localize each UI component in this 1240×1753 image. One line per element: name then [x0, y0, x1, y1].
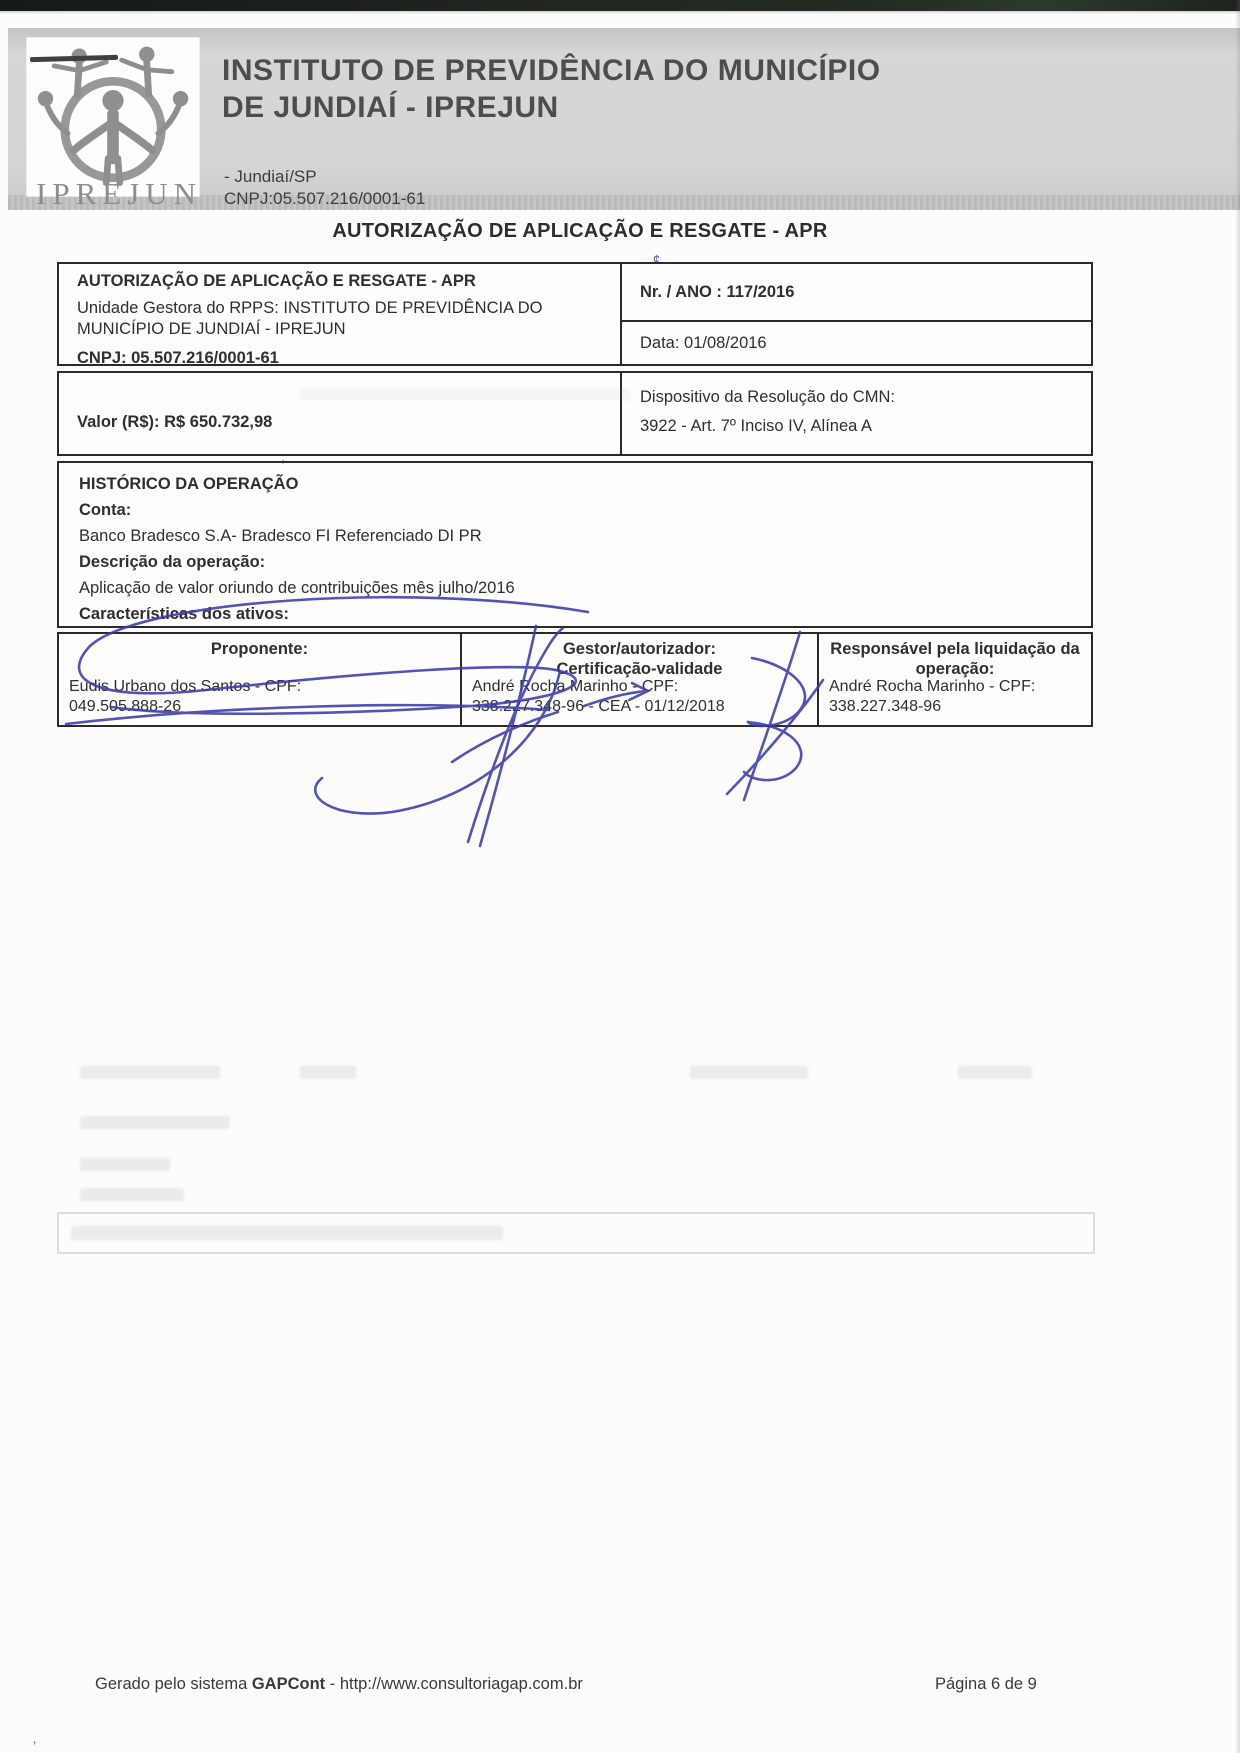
scan-right-edge [1235, 0, 1240, 1753]
generator-system-name: GAPCont [252, 1675, 325, 1693]
scanned-apr-document: IPREJUN INSTITUTO DE PREVIDÊNCIA DO MUNI… [0, 0, 1240, 1753]
proponente-name: Eudis Urbano dos Santos - CPF: 049.505.8… [69, 677, 301, 717]
scan-bleed-artifact [80, 1066, 220, 1079]
gestor-header-line2: Certificação-validade [470, 659, 809, 679]
scan-bleed-artifact [80, 1158, 170, 1171]
logo-wordmark: IPREJUN [36, 176, 202, 212]
gestor-header-line1: Gestor/autorizador: [470, 639, 809, 659]
scan-bleed-artifact [300, 388, 630, 400]
conta-label: Conta: [79, 497, 1071, 523]
proponente-header: Proponente: [67, 639, 452, 659]
signature-table: Proponente: Eudis Urbano dos Santos - CP… [57, 632, 1093, 727]
scan-bleed-artifact [958, 1066, 1032, 1079]
descricao-label: Descrição da operação: [79, 549, 1071, 575]
gestor-name-line2: 338.227.348-96 - CEA - 01/12/2018 [472, 697, 725, 717]
organization-name-line1: INSTITUTO DE PREVIDÊNCIA DO MUNICÍPIO [222, 52, 1122, 89]
caracteristicas-label: Características dos ativos: [79, 601, 1071, 627]
dispositivo-cell: Dispositivo da Resolução do CMN: 3922 - … [622, 373, 1091, 454]
scan-bleed-artifact [690, 1066, 808, 1079]
historico-heading: HISTÓRICO DA OPERAÇÃO [79, 471, 1071, 497]
generator-credit-prefix: Gerado pelo sistema [95, 1675, 252, 1693]
responsavel-name: André Rocha Marinho - CPF: 338.227.348-9… [829, 677, 1035, 717]
signature-stroke [744, 722, 801, 780]
signature-col-gestor: Gestor/autorizador: Certificação-validad… [460, 634, 817, 725]
page-number: Página 6 de 9 [935, 1675, 1037, 1694]
organization-city: - Jundiaí/SP [224, 166, 425, 188]
apr-identification-left-cell: AUTORIZAÇÃO DE APLICAÇÃO E RESGATE - APR… [59, 264, 622, 364]
apr-identification-right-cells: Nr. / ANO : 117/2016 Data: 01/08/2016 [622, 264, 1091, 364]
conta-value: Banco Bradesco S.A- Bradesco FI Referenc… [79, 523, 1071, 549]
historico-box: HISTÓRICO DA OPERAÇÃO Conta: Banco Brade… [57, 461, 1093, 628]
scan-top-edge-shadow [0, 11, 1240, 14]
responsavel-name-line2: 338.227.348-96 [829, 697, 1035, 717]
unidade-gestora-text: Unidade Gestora do RPPS: INSTITUTO DE PR… [77, 298, 582, 340]
dispositivo-value: 3922 - Art. 7º Inciso IV, Alínea A [640, 412, 1073, 441]
iprejun-logo-icon [31, 44, 195, 190]
scan-top-edge [0, 0, 1240, 11]
apr-identification-box: AUTORIZAÇÃO DE APLICAÇÃO E RESGATE - APR… [57, 262, 1093, 366]
document-title: AUTORIZAÇÃO DE APLICAÇÃO E RESGATE - APR [0, 220, 1160, 243]
valor-box: Valor (R$): R$ 650.732,98 Dispositivo da… [57, 371, 1093, 456]
scan-bleed-artifact [80, 1116, 230, 1129]
organization-name-line2: DE JUNDIAÍ - IPREJUN [222, 89, 1122, 126]
generator-credit: Gerado pelo sistema GAPCont - http://www… [95, 1675, 583, 1694]
ink-speck: ’ [33, 1738, 36, 1753]
valor-field: Valor (R$): R$ 650.732,98 [59, 373, 622, 454]
scan-bleed-box [57, 1212, 1095, 1254]
iprejun-logo [27, 38, 199, 196]
organization-name: INSTITUTO DE PREVIDÊNCIA DO MUNICÍPIO DE… [222, 52, 1122, 126]
apr-box-heading: AUTORIZAÇÃO DE APLICAÇÃO E RESGATE - APR [77, 272, 602, 291]
cnpj-value: CNPJ: 05.507.216/0001-61 [77, 349, 602, 368]
descricao-value: Aplicação de valor oriundo de contribuiç… [79, 575, 1071, 601]
scan-bleed-artifact [300, 1066, 356, 1079]
responsavel-name-line1: André Rocha Marinho - CPF: [829, 677, 1035, 697]
organization-cnpj: CNPJ:05.507.216/0001-61 [224, 188, 425, 210]
gestor-name-line1: André Rocha Marinho - CPF: [472, 677, 725, 697]
organization-details: - Jundiaí/SP CNPJ:05.507.216/0001-61 [224, 166, 425, 210]
gestor-header: Gestor/autorizador: Certificação-validad… [470, 639, 809, 679]
responsavel-header: Responsável pela liquidação da operação: [827, 639, 1083, 679]
scan-bleed-artifact [80, 1188, 184, 1201]
proponente-name-line1: Eudis Urbano dos Santos - CPF: [69, 677, 301, 697]
generator-credit-url: - http://www.consultoriagap.com.br [325, 1675, 583, 1693]
signature-col-responsavel: Responsável pela liquidação da operação:… [817, 634, 1091, 725]
scan-bleed-artifact [71, 1226, 503, 1240]
proponente-name-line2: 049.505.888-26 [69, 697, 301, 717]
signature-col-proponente: Proponente: Eudis Urbano dos Santos - CP… [59, 634, 460, 725]
dispositivo-label: Dispositivo da Resolução do CMN: [640, 383, 1073, 412]
data-field: Data: 01/08/2016 [622, 322, 1091, 364]
nr-ano-field: Nr. / ANO : 117/2016 [622, 264, 1091, 322]
gestor-name: André Rocha Marinho - CPF: 338.227.348-9… [472, 677, 725, 717]
